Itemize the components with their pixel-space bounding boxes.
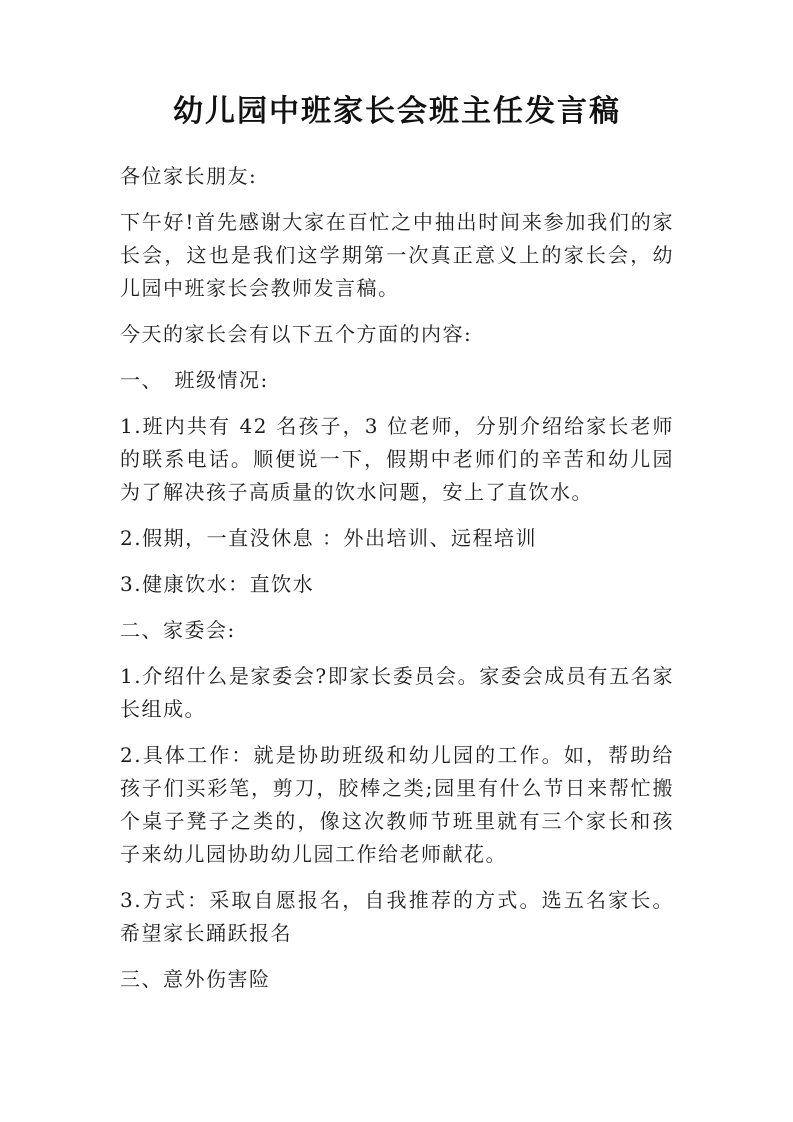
paragraph-section-1-item-3: 3.健康饮水：直饮水 xyxy=(120,568,674,601)
paragraph-section-1-item-1: 1.班内共有 42 名孩子，3 位老师，分别介绍给家长老师的联系电话。顺便说一下… xyxy=(120,410,674,509)
paragraph-section-3-heading: 三、意外伤害险 xyxy=(120,963,674,996)
paragraph-section-1-item-2: 2.假期，一直没休息 ：外出培训、远程培训 xyxy=(120,522,674,555)
paragraph-section-2-item-1: 1.介绍什么是家委会?即家长委员会。家委会成员有五名家长组成。 xyxy=(120,660,674,726)
paragraph-intro: 下午好!首先感谢大家在百忙之中抽出时间来参加我们的家长会，这也是我们这学期第一次… xyxy=(120,206,674,305)
paragraph-salutation: 各位家长朋友: xyxy=(120,160,674,193)
paragraph-section-2-heading: 二、家委会: xyxy=(120,614,674,647)
document-title: 幼儿园中班家长会班主任发言稿 xyxy=(120,92,674,132)
paragraph-agenda-lead: 今天的家长会有以下五个方面的内容: xyxy=(120,318,674,351)
paragraph-section-2-item-2: 2.具体工作：就是协助班级和幼儿园的工作。如，帮助给孩子们买彩笔，剪刀，胶棒之类… xyxy=(120,739,674,871)
document-page: 幼儿园中班家长会班主任发言稿 各位家长朋友: 下午好!首先感谢大家在百忙之中抽出… xyxy=(0,0,793,1122)
document-body: 各位家长朋友: 下午好!首先感谢大家在百忙之中抽出时间来参加我们的家长会，这也是… xyxy=(120,160,674,996)
paragraph-section-2-item-3: 3.方式：采取自愿报名，自我推荐的方式。选五名家长。希望家长踊跃报名 xyxy=(120,884,674,950)
paragraph-section-1-heading: 一、 班级情况: xyxy=(120,364,674,397)
